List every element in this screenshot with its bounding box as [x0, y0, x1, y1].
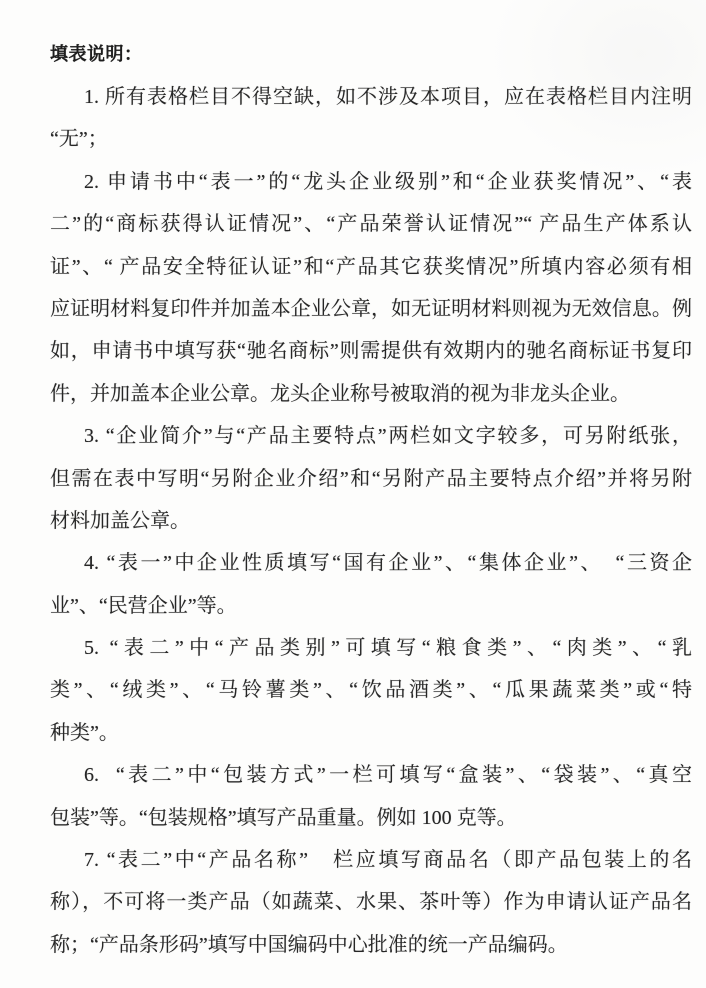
text-line-12: 4. “表一”中企业性质填写“国有企业”、“集体企业”、 “三资企 [50, 542, 692, 584]
text-line-11: 材料加盖公章。 [50, 500, 692, 542]
text-line-21: 称；“产品条形码”填写中国编码中心批准的统一产品编码。 [50, 924, 692, 966]
text-line-9: 3. “企业简介”与“产品主要特点”两栏如文字较多，可另附纸张， [50, 415, 692, 457]
text-line-15: 类”、“绒类”、“马铃薯类”、“饮品酒类”、“瓜果蔬菜类”或“特 [50, 669, 692, 711]
text-line-13: 业”、“民营企业”等。 [50, 585, 692, 627]
text-line-5: 证”、“ 产品安全特征认证”和“产品其它获奖情况”所填内容必须有相 [50, 246, 692, 288]
text-line-1: 1. 所有表格栏目不得空缺，如不涉及本项目，应在表格栏目内注明 [50, 76, 692, 118]
text-line-19: 7. “表二”中“产品名称” 栏应填写商品名（即产品包装上的名 [50, 839, 692, 881]
text-line-18: 包装”等。“包装规格”填写产品重量。例如 100 克等。 [50, 797, 692, 839]
text-line-3: 2. 申请书中“表一”的“龙头企业级别”和“企业获奖情况”、“表 [50, 161, 692, 203]
text-line-16: 种类”。 [50, 712, 692, 754]
text-line-8: 件，并加盖本企业公章。龙头企业称号被取消的视为非龙头企业。 [50, 373, 692, 415]
text-line-17: 6. “表二”中“包装方式”一栏可填写“盒装”、“袋装”、“真空 [50, 754, 692, 796]
document-page: 填表说明： 1. 所有表格栏目不得空缺，如不涉及本项目，应在表格栏目内注明 “无… [0, 0, 706, 988]
text-line-6: 应证明材料复印件并加盖本企业公章，如无证明材料则视为无效信息。例 [50, 288, 692, 330]
text-line-10: 但需在表中写明“另附企业介绍”和“另附产品主要特点介绍”并将另附 [50, 458, 692, 500]
text-line-7: 如，申请书中填写获“驰名商标”则需提供有效期内的驰名商标证书复印 [50, 330, 692, 372]
text-line-4: 二”的“商标获得认证情况”、“产品荣誉认证情况”“ 产品生产体系认 [50, 203, 692, 245]
text-line-14: 5. “表二”中“产品类别”可填写“粮食类”、“肉类”、“乳 [50, 627, 692, 669]
text-line-2: “无”； [50, 118, 692, 160]
section-heading: 填表说明： [50, 32, 692, 76]
text-line-20: 称），不可将一类产品（如蔬菜、水果、茶叶等）作为申请认证产品名 [50, 881, 692, 923]
